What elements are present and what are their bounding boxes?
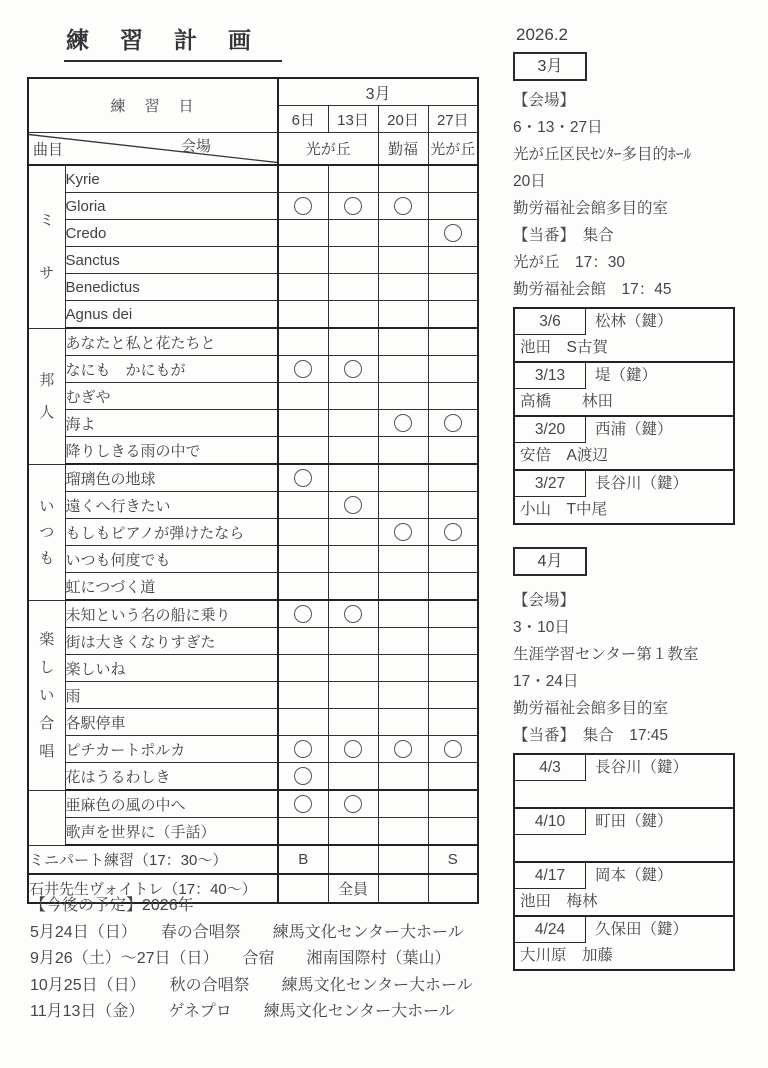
- axis-song-label: 曲目: [33, 138, 63, 159]
- song-cell: 歌声を世界に（手話）: [65, 818, 278, 846]
- section-label: ミサ: [28, 165, 65, 328]
- mark-cell: [278, 492, 328, 519]
- duty-members: 高橋 林田: [515, 389, 733, 415]
- upcoming-item: 10月25日（日） 秋の合唱祭 練馬文化センター大ホール: [30, 973, 473, 1000]
- upcoming-schedule: 【今後の予定】2026年 5月24日（日） 春の合唱祭 練馬文化センター大ホール…: [30, 893, 473, 1026]
- song-cell: 降りしきる雨の中で: [65, 437, 278, 465]
- sidebar-line: 生涯学習センター第１教室: [513, 641, 759, 668]
- song-cell: 花はうるわしき: [65, 763, 278, 791]
- mark-cell: [428, 546, 478, 573]
- duty-keyholder: 松林（鍵）: [586, 309, 673, 335]
- mark-cell: [328, 301, 378, 329]
- practice-schedule-table: 練 習 日3月6日13日20日27日曲目会場光が丘勤福光が丘ミサKyrieGlo…: [27, 77, 479, 904]
- mark-cell: [328, 546, 378, 573]
- sidebar-line: 17・24日: [513, 668, 759, 695]
- section-label: いつも: [28, 464, 65, 600]
- mark-cell: [328, 600, 378, 628]
- song-cell: Credo: [65, 220, 278, 247]
- mark-cell: [378, 492, 428, 519]
- sidebar: 3月 【会場】 6・13・27日光が丘区民ｾﾝﾀｰ多目的ﾎｰﾙ20日勤労福祉会館…: [513, 52, 759, 971]
- mark-cell: [278, 763, 328, 791]
- mark-cell: [278, 464, 328, 492]
- mark-cell: [278, 383, 328, 410]
- mark-cell: [378, 709, 428, 736]
- mark-cell: [278, 818, 328, 846]
- mark-cell: [328, 628, 378, 655]
- song-cell: むぎや: [65, 383, 278, 410]
- mark-cell: [328, 655, 378, 682]
- circle-mark: [444, 523, 462, 541]
- duty-members: [515, 835, 733, 861]
- mark-cell: [378, 301, 428, 329]
- mark-cell: [378, 818, 428, 846]
- mark-cell: [378, 600, 428, 628]
- song-cell: Kyrie: [65, 165, 278, 193]
- mark-cell: [278, 165, 328, 193]
- song-cell: 虹につづく道: [65, 573, 278, 601]
- duty-entry: 4/24久保田（鍵）大川原 加藤: [515, 915, 733, 969]
- mark-cell: [378, 437, 428, 465]
- circle-mark: [394, 740, 412, 758]
- sidebar-line: 20日: [513, 168, 759, 195]
- song-cell: 亜麻色の風の中へ: [65, 790, 278, 818]
- mark-cell: [278, 736, 328, 763]
- duty-date: 3/27: [515, 471, 586, 497]
- duty-members: 池田 梅林: [515, 889, 733, 915]
- day-header: 13日: [328, 106, 378, 133]
- song-cell: 各駅停車: [65, 709, 278, 736]
- circle-mark: [344, 197, 362, 215]
- section-label: 楽しい合唱: [28, 600, 65, 790]
- song-cell: あなたと私と花たちと: [65, 328, 278, 356]
- mark-cell: [278, 193, 328, 220]
- march-duty-times: 光が丘 17：30勤労福祉会館 17：45: [513, 249, 759, 303]
- mark-cell: [278, 328, 328, 356]
- circle-mark: [294, 767, 312, 785]
- mark-cell: [328, 573, 378, 601]
- april-duty-table: 4/3長谷川（鍵）4/10町田（鍵）4/17岡本（鍵）池田 梅林4/24久保田（…: [513, 753, 735, 971]
- circle-mark: [344, 795, 362, 813]
- mark-cell: [428, 790, 478, 818]
- duty-date: 3/13: [515, 363, 586, 389]
- mark-cell: [328, 763, 378, 791]
- duty-entry: 3/6松林（鍵）池田 S古賀: [515, 309, 733, 361]
- april-venue-heading: 【会場】: [513, 587, 759, 614]
- circle-mark: [444, 740, 462, 758]
- footer-cell: S: [428, 845, 478, 874]
- mark-cell: [328, 165, 378, 193]
- mark-cell: [278, 274, 328, 301]
- duty-keyholder: 町田（鍵）: [586, 809, 673, 835]
- mark-cell: [328, 519, 378, 546]
- duty-entry: 4/3長谷川（鍵）: [515, 755, 733, 807]
- mark-cell: [328, 492, 378, 519]
- mark-cell: [378, 410, 428, 437]
- mark-cell: [278, 600, 328, 628]
- section-label: [28, 790, 65, 845]
- upcoming-item: 11月13日（金） ゲネプロ 練馬文化センター大ホール: [30, 999, 473, 1026]
- venue-header: 光が丘: [428, 133, 478, 166]
- duty-members: 池田 S古賀: [515, 335, 733, 361]
- axis-venue-label: 会場: [181, 135, 211, 156]
- mark-cell: [278, 573, 328, 601]
- mark-cell: [328, 709, 378, 736]
- mark-cell: [378, 763, 428, 791]
- duty-date: 4/10: [515, 809, 586, 835]
- mark-cell: [428, 818, 478, 846]
- mark-cell: [428, 736, 478, 763]
- sidebar-line: 光が丘 17：30: [513, 249, 759, 276]
- footer-cell: [378, 845, 428, 874]
- scanned-practice-plan-page: 練習計画 2026.2 練 習 日3月6日13日20日27日曲目会場光が丘勤福光…: [0, 0, 768, 1068]
- page-title: 練習計画: [64, 22, 282, 62]
- mark-cell: [328, 247, 378, 274]
- song-cell: 雨: [65, 682, 278, 709]
- duty-keyholder: 長谷川（鍵）: [586, 755, 688, 781]
- song-cell: Benedictus: [65, 274, 278, 301]
- mark-cell: [428, 247, 478, 274]
- day-header: 6日: [278, 106, 328, 133]
- duty-keyholder: 久保田（鍵）: [586, 917, 688, 943]
- mark-cell: [378, 628, 428, 655]
- mark-cell: [328, 464, 378, 492]
- mark-cell: [428, 301, 478, 329]
- mark-cell: [428, 437, 478, 465]
- mark-cell: [278, 682, 328, 709]
- mark-cell: [378, 546, 428, 573]
- mark-cell: [278, 709, 328, 736]
- song-cell: 瑠璃色の地球: [65, 464, 278, 492]
- mark-cell: [278, 247, 328, 274]
- circle-mark: [394, 197, 412, 215]
- mark-cell: [328, 356, 378, 383]
- mark-cell: [428, 220, 478, 247]
- mark-cell: [428, 519, 478, 546]
- mark-cell: [378, 682, 428, 709]
- section-label: 邦人: [28, 328, 65, 464]
- sidebar-line: 勤労福祉会館多目的室: [513, 695, 759, 722]
- mark-cell: [428, 410, 478, 437]
- practice-schedule-table-wrap: 練 習 日3月6日13日20日27日曲目会場光が丘勤福光が丘ミサKyrieGlo…: [27, 77, 479, 904]
- mark-cell: [428, 655, 478, 682]
- day-header: 27日: [428, 106, 478, 133]
- duty-keyholder: 岡本（鍵）: [586, 863, 673, 889]
- mark-cell: [428, 682, 478, 709]
- duty-date: 3/20: [515, 417, 586, 443]
- mark-cell: [328, 410, 378, 437]
- footer-cell: B: [278, 845, 328, 874]
- mark-cell: [378, 220, 428, 247]
- duty-entry: 3/20西浦（鍵）安倍 A渡辺: [515, 415, 733, 469]
- footer-row-label: ミニパート練習（17：30～）: [28, 845, 278, 874]
- sidebar-line: 3・10日: [513, 614, 759, 641]
- venue-header: 勤福: [378, 133, 428, 166]
- duty-members: 安倍 A渡辺: [515, 443, 733, 469]
- march-venue-lines: 6・13・27日光が丘区民ｾﾝﾀｰ多目的ﾎｰﾙ20日勤労福祉会館多目的室: [513, 114, 759, 222]
- song-cell: Agnus dei: [65, 301, 278, 329]
- duty-members: 大川原 加藤: [515, 943, 733, 969]
- mark-cell: [378, 274, 428, 301]
- mark-cell: [278, 546, 328, 573]
- mark-cell: [428, 464, 478, 492]
- circle-mark: [394, 523, 412, 541]
- circle-mark: [294, 605, 312, 623]
- sidebar-line: 光が丘区民ｾﾝﾀｰ多目的ﾎｰﾙ: [513, 141, 759, 168]
- mark-cell: [428, 356, 478, 383]
- mark-cell: [428, 709, 478, 736]
- mark-cell: [378, 573, 428, 601]
- mark-cell: [278, 790, 328, 818]
- song-cell: 海よ: [65, 410, 278, 437]
- duty-date: 4/3: [515, 755, 586, 781]
- song-cell: 未知という名の船に乗り: [65, 600, 278, 628]
- mark-cell: [328, 220, 378, 247]
- upcoming-items: 5月24日（日） 春の合唱祭 練馬文化センター大ホール9月26（土）～27日（日…: [30, 920, 473, 1026]
- duty-keyholder: 長谷川（鍵）: [586, 471, 688, 497]
- axis-cell: 曲目会場: [28, 133, 278, 166]
- march-month-box: 3月: [513, 52, 587, 81]
- mark-cell: [428, 628, 478, 655]
- circle-mark: [344, 360, 362, 378]
- mark-cell: [378, 328, 428, 356]
- mark-cell: [278, 356, 328, 383]
- duty-members: 小山 T中尾: [515, 497, 733, 523]
- march-venue-heading: 【会場】: [513, 87, 759, 114]
- mark-cell: [278, 410, 328, 437]
- circle-mark: [394, 414, 412, 432]
- mark-cell: [378, 383, 428, 410]
- mark-cell: [428, 193, 478, 220]
- duty-entry: 4/10町田（鍵）: [515, 807, 733, 861]
- mark-cell: [328, 682, 378, 709]
- mark-cell: [278, 628, 328, 655]
- mark-cell: [378, 165, 428, 193]
- duty-entry: 3/27長谷川（鍵）小山 T中尾: [515, 469, 733, 523]
- mark-cell: [378, 356, 428, 383]
- duty-date: 4/17: [515, 863, 586, 889]
- mark-cell: [428, 328, 478, 356]
- mark-cell: [428, 492, 478, 519]
- duty-members: [515, 781, 733, 807]
- mark-cell: [278, 519, 328, 546]
- mark-cell: [428, 165, 478, 193]
- mark-cell: [428, 274, 478, 301]
- april-venue-lines: 3・10日生涯学習センター第１教室17・24日勤労福祉会館多目的室: [513, 614, 759, 722]
- footer-cell: [328, 845, 378, 874]
- march-duty-heading: 【当番】 集合: [513, 222, 759, 249]
- corner-practice-days-label: 練 習 日: [28, 78, 278, 133]
- upcoming-item: 5月24日（日） 春の合唱祭 練馬文化センター大ホール: [30, 920, 473, 947]
- circle-mark: [344, 496, 362, 514]
- song-cell: なにも かにもが: [65, 356, 278, 383]
- mark-cell: [378, 655, 428, 682]
- duty-entry: 4/17岡本（鍵）池田 梅林: [515, 861, 733, 915]
- mark-cell: [278, 301, 328, 329]
- song-cell: 街は大きくなりすぎた: [65, 628, 278, 655]
- mark-cell: [328, 274, 378, 301]
- mark-cell: [378, 790, 428, 818]
- circle-mark: [444, 224, 462, 242]
- song-cell: ピチカートポルカ: [65, 736, 278, 763]
- mark-cell: [378, 464, 428, 492]
- mark-cell: [328, 328, 378, 356]
- month-header: 3月: [278, 78, 478, 106]
- mark-cell: [378, 519, 428, 546]
- circle-mark: [294, 197, 312, 215]
- circle-mark: [344, 605, 362, 623]
- song-cell: もしもピアノが弾けたなら: [65, 519, 278, 546]
- april-duty-heading: 【当番】 集合 17:45: [513, 722, 759, 749]
- diagonal-divider: [29, 133, 277, 164]
- mark-cell: [378, 736, 428, 763]
- sidebar-line: 勤労福祉会館多目的室: [513, 195, 759, 222]
- venue-header: 光が丘: [278, 133, 378, 166]
- circle-mark: [294, 795, 312, 813]
- duty-date: 3/6: [515, 309, 586, 335]
- song-cell: 遠くへ行きたい: [65, 492, 278, 519]
- mark-cell: [328, 383, 378, 410]
- april-month-box: 4月: [513, 547, 587, 576]
- song-cell: Sanctus: [65, 247, 278, 274]
- mark-cell: [328, 437, 378, 465]
- duty-date: 4/24: [515, 917, 586, 943]
- mark-cell: [328, 818, 378, 846]
- upcoming-item: 9月26（土）～27日（日） 合宿 湘南国際村（葉山）: [30, 946, 473, 973]
- mark-cell: [428, 600, 478, 628]
- mark-cell: [378, 247, 428, 274]
- mark-cell: [328, 193, 378, 220]
- song-cell: Gloria: [65, 193, 278, 220]
- day-header: 20日: [378, 106, 428, 133]
- duty-keyholder: 堤（鍵）: [586, 363, 657, 389]
- upcoming-heading: 【今後の予定】2026年: [30, 893, 473, 920]
- circle-mark: [294, 740, 312, 758]
- mark-cell: [328, 736, 378, 763]
- mark-cell: [428, 763, 478, 791]
- sidebar-line: 6・13・27日: [513, 114, 759, 141]
- duty-entry: 3/13堤（鍵）高橋 林田: [515, 361, 733, 415]
- circle-mark: [294, 469, 312, 487]
- song-cell: 楽しいね: [65, 655, 278, 682]
- mark-cell: [428, 573, 478, 601]
- duty-keyholder: 西浦（鍵）: [586, 417, 673, 443]
- mark-cell: [278, 437, 328, 465]
- mark-cell: [378, 193, 428, 220]
- circle-mark: [344, 740, 362, 758]
- sidebar-line: 勤労福祉会館 17：45: [513, 276, 759, 303]
- mark-cell: [278, 655, 328, 682]
- circle-mark: [294, 360, 312, 378]
- circle-mark: [444, 414, 462, 432]
- march-duty-table: 3/6松林（鍵）池田 S古賀3/13堤（鍵）高橋 林田3/20西浦（鍵）安倍 A…: [513, 307, 735, 525]
- song-cell: いつも何度でも: [65, 546, 278, 573]
- issue-date: 2026.2: [516, 25, 568, 45]
- mark-cell: [278, 220, 328, 247]
- mark-cell: [328, 790, 378, 818]
- mark-cell: [428, 383, 478, 410]
